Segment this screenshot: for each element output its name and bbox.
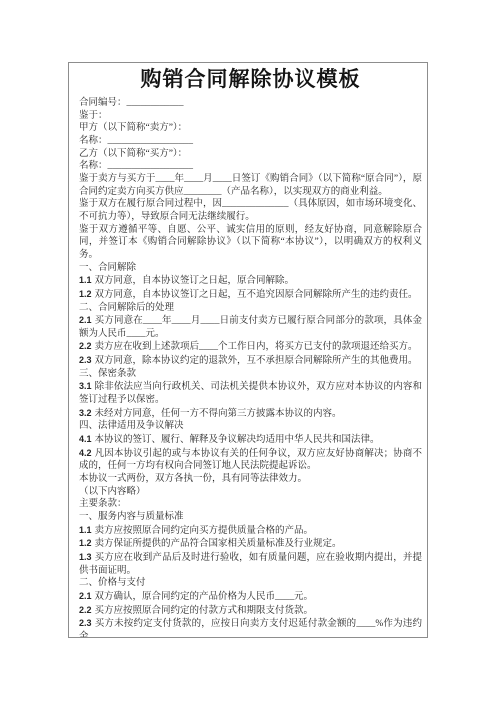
document-title: 购销合同解除协议模板: [79, 66, 422, 93]
paragraph-text: 鉴于卖方与买方于____年____月____日签订《购销合同》（以下简称“原合同…: [79, 174, 422, 197]
paragraph-text: 二、合同解除后的处理: [79, 303, 174, 313]
paragraph-text: 乙方（以下简称“买方”）：: [79, 149, 187, 159]
paragraph-text: 卖方保证所提供的产品符合国家相关质量标准及行业规定。: [95, 539, 342, 549]
paragraph-text: 二、价格与支付: [79, 578, 146, 588]
paragraph-text: 未经对方同意，任何一方不得向第三方披露本协议的内容。: [95, 409, 342, 419]
clause-number: 2.3: [79, 355, 92, 365]
contract-clause: 1.1卖方应按照原合同约定向买方提供质量合格的产品。: [79, 524, 422, 538]
contract-clause: 4.1本协议的签订、履行、解释及争议解决均适用中华人民共和国法律。: [79, 433, 422, 447]
paragraph-text: （以下内容略）: [79, 487, 146, 497]
clause-number: 3.2: [79, 408, 92, 418]
page: { "page": { "background": "#ffffff", "bo…: [0, 0, 500, 707]
paragraph-text: 一、服务内容与质量标准: [79, 512, 184, 522]
contract-paragraph: 三、保密条款: [79, 368, 422, 381]
paragraph-text: 甲方（以下简称“卖方”）：: [79, 123, 187, 133]
clause-number: 2.2: [79, 605, 92, 615]
clause-number: 3.1: [79, 381, 92, 391]
paragraph-text: 买方同意在____年____月____日前支付卖方已履行原合同部分的款项，具体金…: [79, 316, 422, 339]
contract-paragraph: 一、合同解除: [79, 262, 422, 275]
paragraph-text: 双方确认，原合同约定的产品价格为人民币____元。: [95, 592, 314, 602]
contract-clause: 3.2未经对方同意，任何一方不得向第三方披露本协议的内容。: [79, 407, 422, 421]
contract-paragraph: 一、服务内容与质量标准: [79, 511, 422, 524]
paragraph-text: 名称：__________________: [79, 136, 193, 146]
contract-paragraph: 鉴于卖方与买方于____年____月____日签订《购销合同》（以下简称“原合同…: [79, 173, 422, 198]
contract-clause: 3.1除非依法应当向行政机关、司法机关提供本协议外，双方应对本协议的内容和签订过…: [79, 380, 422, 406]
contract-clause: 4.2凡因本协议引起的或与本协议有关的任何争议，双方应友好协商解决；协商不成的，…: [79, 447, 422, 473]
contract-clause: 2.3买方未按约定支付货款的，应按日向卖方支付迟延付款金额的____%作为违约金…: [79, 617, 422, 638]
contract-paragraph: 鉴于双方遵循平等、自愿、公平、诚实信用的原则，经友好协商，同意解除原合同，并签订…: [79, 224, 422, 262]
clause-number: 1.3: [79, 552, 92, 562]
paragraph-text: 双方同意，除本协议约定的退款外，互不承担原合同解除所产生的其他费用。: [95, 356, 418, 366]
clause-number: 4.2: [79, 448, 92, 458]
paragraph-text: 买方应按照原合同约定的付款方式和期限支付货款。: [95, 606, 314, 616]
paragraph-text: 主要条款：: [79, 499, 127, 509]
clause-number: 2.1: [79, 315, 92, 325]
contract-clause: 2.1买方同意在____年____月____日前支付卖方已履行原合同部分的款项，…: [79, 314, 422, 340]
contract-clause: 2.2卖方应在收到上述款项后____个工作日内，将买方已支付的款项退还给买方。: [79, 340, 422, 354]
paragraph-text: 双方同意，自本协议签订之日起，原合同解除。: [95, 276, 295, 286]
paragraph-text: 本协议一式两份，双方各执一份，具有同等法律效力。: [79, 474, 307, 484]
paragraph-text: 三、保密条款: [79, 369, 136, 379]
clause-number: 1.2: [79, 538, 92, 548]
contract-paragraph: 乙方（以下简称“买方”）：: [79, 148, 422, 161]
paragraph-text: 一、合同解除: [79, 263, 136, 273]
contract-paragraph: 主要条款：: [79, 498, 422, 511]
contract-clause: 2.3双方同意，除本协议约定的退款外，互不承担原合同解除所产生的其他费用。: [79, 354, 422, 368]
contract-paragraph: 本协议一式两份，双方各执一份，具有同等法律效力。: [79, 473, 422, 486]
paragraph-text: 名称：__________________: [79, 161, 193, 171]
paragraph-text: 卖方应在收到上述款项后____个工作日内，将买方已支付的款项退还给买方。: [95, 342, 418, 352]
paragraph-text: 凡因本协议引起的或与本协议有关的任何争议，双方应友好协商解决；协商不成的，任何一…: [79, 449, 422, 472]
paragraph-text: 本协议的签订、履行、解释及争议解决均适用中华人民共和国法律。: [95, 435, 380, 445]
contract-document: 购销合同解除协议模板 合同编号：____________鉴于：甲方（以下简称“卖…: [68, 62, 428, 638]
contract-paragraph: 名称：__________________: [79, 135, 422, 148]
contract-clause: 1.3买方应在收到产品后及时进行验收，如有质量问题，应在验收期内提出，并提供书面…: [79, 551, 422, 577]
paragraph-text: 买方应在收到产品后及时进行验收，如有质量问题，应在验收期内提出，并提供书面证明。: [79, 553, 422, 576]
clause-number: 4.1: [79, 434, 92, 444]
contract-clause: 1.2双方同意，自本协议签订之日起，互不追究因原合同解除所产生的违约责任。: [79, 288, 422, 302]
contract-paragraph: 名称：__________________: [79, 160, 422, 173]
paragraph-text: 买方未按约定支付货款的，应按日向卖方支付迟延付款金额的____%作为违约金。: [79, 619, 422, 638]
paragraph-text: 双方同意，自本协议签订之日起，互不追究因原合同解除所产生的违约责任。: [95, 290, 418, 300]
contract-paragraph: 鉴于：: [79, 110, 422, 123]
contract-paragraph: 二、合同解除后的处理: [79, 302, 422, 315]
clause-number: 1.2: [79, 289, 92, 299]
contract-paragraph: （以下内容略）: [79, 486, 422, 499]
clause-number: 1.1: [79, 275, 92, 285]
contract-clause: 2.2买方应按照原合同约定的付款方式和期限支付货款。: [79, 604, 422, 618]
document-body: 合同编号：____________鉴于：甲方（以下简称“卖方”）：名称：____…: [79, 97, 422, 638]
contract-paragraph: 四、法律适用及争议解决: [79, 420, 422, 433]
contract-clause: 1.2卖方保证所提供的产品符合国家相关质量标准及行业规定。: [79, 537, 422, 551]
clause-number: 1.1: [79, 525, 92, 535]
clause-number: 2.3: [79, 618, 92, 628]
paragraph-text: 鉴于双方在履行原合同过程中，因______________（具体原因，如市场环境…: [79, 199, 422, 222]
paragraph-text: 合同编号：____________: [79, 98, 184, 108]
clause-number: 2.2: [79, 341, 92, 351]
paragraph-text: 鉴于双方遵循平等、自愿、公平、诚实信用的原则，经友好协商，同意解除原合同，并签订…: [79, 225, 422, 260]
clause-number: 2.1: [79, 591, 92, 601]
paragraph-text: 除非依法应当向行政机关、司法机关提供本协议外，双方应对本协议的内容和签订过程予以…: [79, 382, 422, 405]
contract-clause: 2.1双方确认，原合同约定的产品价格为人民币____元。: [79, 590, 422, 604]
paragraph-text: 卖方应按照原合同约定向买方提供质量合格的产品。: [95, 526, 314, 536]
contract-paragraph: 合同编号：____________: [79, 97, 422, 110]
contract-paragraph: 鉴于双方在履行原合同过程中，因______________（具体原因，如市场环境…: [79, 198, 422, 223]
paragraph-text: 四、法律适用及争议解决: [79, 421, 184, 431]
contract-paragraph: 二、价格与支付: [79, 577, 422, 590]
contract-paragraph: 甲方（以下简称“卖方”）：: [79, 122, 422, 135]
paragraph-text: 鉴于：: [79, 111, 108, 121]
contract-clause: 1.1双方同意，自本协议签订之日起，原合同解除。: [79, 274, 422, 288]
